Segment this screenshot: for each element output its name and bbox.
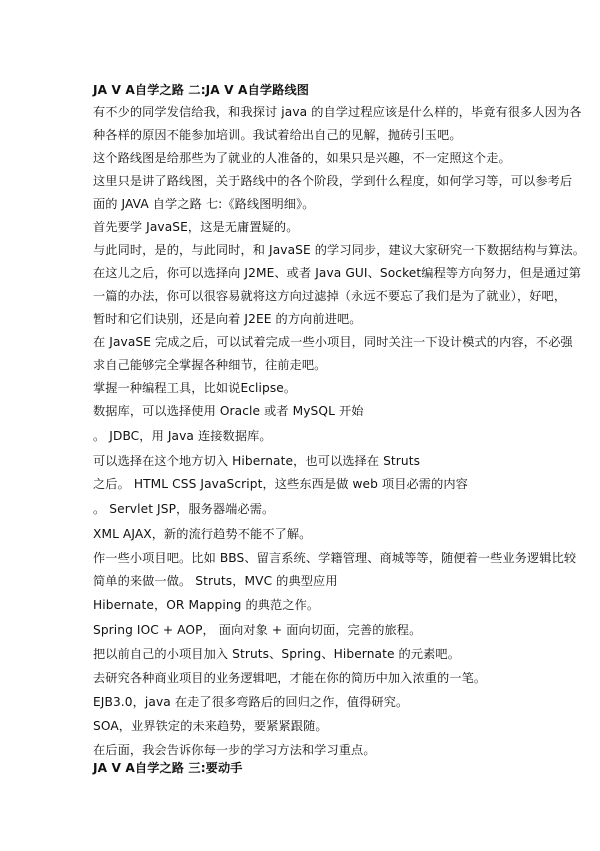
paragraph-line: 简单的来做一做。 Struts，MVC 的典型应用: [93, 573, 338, 589]
paragraph-line: 一篇的办法，你可以很容易就将这方向过滤掉（永远不要忘了我们是为了就业），好吧，: [93, 288, 566, 304]
paragraph-line: 可以选择在这个地方切入 Hibernate，也可以选择在 Struts: [93, 453, 420, 469]
paragraph-line: 面的 JAVA 自学之路 七:《路线图明细》。: [93, 196, 315, 212]
paragraph-line: 把以前自己的小项目加入 Struts、Spring、Hibernate 的元素吧…: [93, 646, 460, 662]
paragraph-line: 求自己能够完全掌握各种细节，往前走吧。: [93, 357, 326, 373]
section-title: JA V A自学之路 二:JA V A自学路线图: [93, 82, 309, 98]
paragraph-line: Hibernate，OR Mapping 的典范之作。: [93, 597, 319, 613]
paragraph-line: SOA，业界铁定的未来趋势，要紧紧跟随。: [93, 718, 328, 734]
paragraph-line: 首先要学 JavaSE，这是无庸置疑的。: [93, 219, 299, 235]
paragraph-line: 数据库，可以选择使用 Oracle 或者 MySQL 开始: [93, 403, 364, 419]
paragraph-line: 在 JavaSE 完成之后，可以试着完成一些小项目，同时关注一下设计模式的内容，…: [93, 334, 573, 350]
paragraph-line: 。 Servlet JSP，服务器端必需。: [93, 501, 274, 517]
section-title: JA V A自学之路 三:要动手: [93, 760, 243, 776]
paragraph-line: 暂时和它们诀别，还是向着 J2EE 的方向前进吧。: [93, 311, 362, 327]
paragraph-line: 去研究各种商业项目的业务逻辑吧，才能在你的简历中加入浓重的一笔。: [93, 670, 486, 686]
paragraph-line: 。 JDBC，用 Java 连接数据库。: [93, 428, 272, 444]
paragraph-line: 与此同时，是的，与此同时，和 JavaSE 的学习同步，建议大家研究一下数据结构…: [93, 242, 585, 258]
paragraph-line: Spring IOC + AOP， 面向对象 + 面向切面，完善的旅程。: [93, 622, 421, 638]
paragraph-line: 掌握一种编程工具，比如说Eclipse。: [93, 380, 296, 396]
paragraph-line: 在后面，我会告诉你每一步的学习方法和学习重点。: [93, 742, 376, 758]
paragraph-line: 这里只是讲了路线图，关于路线中的各个阶段，学到什么程度，如何学习等，可以参考后: [93, 173, 572, 189]
paragraph-line: 有不少的同学发信给我，和我探讨 java 的自学过程应该是什么样的，毕竟有很多人…: [93, 104, 582, 120]
paragraph-line: 之后。 HTML CSS JavaScript，这些东西是做 web 项目必需的…: [93, 476, 468, 492]
paragraph-line: EJB3.0，java 在走了很多弯路后的回归之作，值得研究。: [93, 694, 408, 710]
paragraph-line: 种各样的原因不能参加培训。我试着给出自己的见解，抛砖引玉吧。: [93, 127, 462, 143]
paragraph-line: XML AJAX，新的流行趋势不能不了解。: [93, 526, 311, 542]
paragraph-line: 这个路线图是给那些为了就业的人准备的，如果只是兴趣，不一定照这个走。: [93, 150, 511, 166]
paragraph-line: 作一些小项目吧。比如 BBS、留言系统、学籍管理、商城等等，随便着一些业务逻辑比…: [93, 550, 576, 566]
paragraph-line: 在这儿之后，你可以选择向 J2ME、或者 Java GUI、Socket编程等方…: [93, 265, 581, 281]
